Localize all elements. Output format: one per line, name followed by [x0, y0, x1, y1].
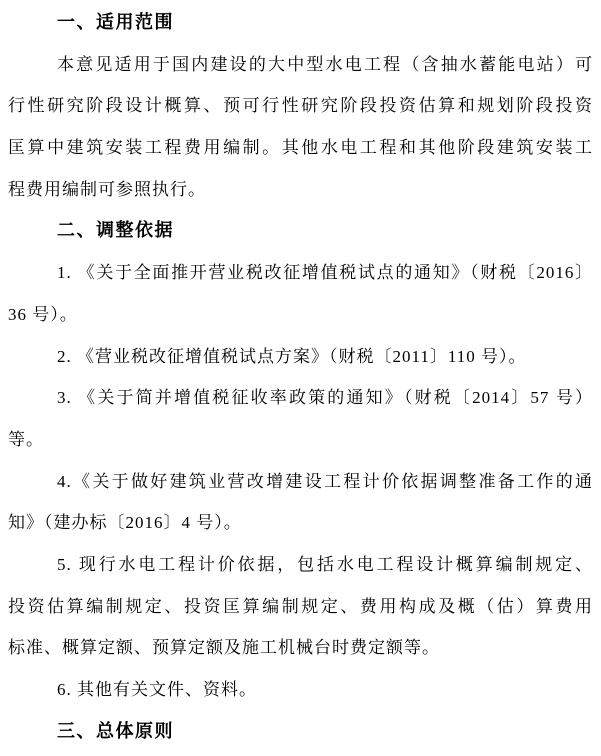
- paragraph-line: 标准、概算定额、预算定额及施工机械台时费定额等。: [8, 627, 593, 669]
- paragraph-line: 5. 现行水电工程计价依据，包括水电工程设计概算编制规定、: [8, 544, 593, 586]
- paragraph-line: 程费用编制可参照执行。: [8, 169, 593, 211]
- section-heading: 一、适用范围: [8, 2, 593, 44]
- paragraph-line: 本意见适用于国内建设的大中型水电工程（含抽水蓄能电站）可: [8, 44, 593, 86]
- paragraph-line: 6. 其他有关文件、资料。: [8, 669, 593, 711]
- section-heading: 三、总体原则: [8, 711, 593, 753]
- paragraph-line: 2. 《营业税改征增值税试点方案》（财税〔2011〕110 号）。: [8, 336, 593, 378]
- paragraph-line: 知》（建办标〔2016〕4 号）。: [8, 502, 593, 544]
- paragraph-line: 等。: [8, 419, 593, 461]
- paragraph-line: 行性研究阶段设计概算、预可行性研究阶段投资估算和规划阶段投资: [8, 85, 593, 127]
- paragraph-line: 投资估算编制规定、投资匡算编制规定、费用构成及概（估）算费用: [8, 586, 593, 628]
- document-page: 一、适用范围本意见适用于国内建设的大中型水电工程（含抽水蓄能电站）可行性研究阶段…: [0, 0, 601, 756]
- paragraph-line: 1. 《关于全面推开营业税改征增值税试点的通知》（财税〔2016〕: [8, 252, 593, 294]
- paragraph-line: 匡算中建筑安装工程费用编制。其他水电工程和其他阶段建筑安装工: [8, 127, 593, 169]
- section-heading: 二、调整依据: [8, 210, 593, 252]
- paragraph-line: 36 号）。: [8, 294, 593, 336]
- paragraph-line: 3. 《关于简并增值税征收率政策的通知》（财税〔2014〕57 号）: [8, 377, 593, 419]
- paragraph-line: 4.《关于做好建筑业营改增建设工程计价依据调整准备工作的通: [8, 461, 593, 503]
